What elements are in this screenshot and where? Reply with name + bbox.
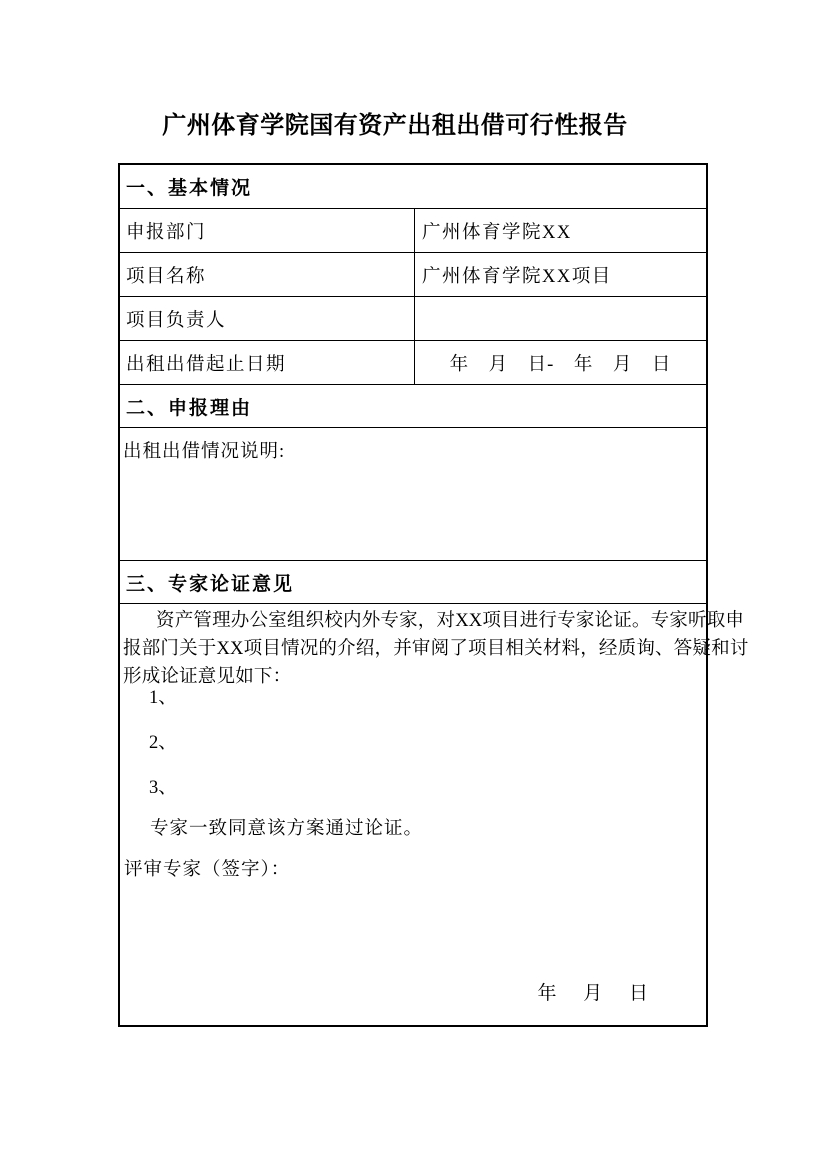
lease-period-label: 出租出借起止日期 — [120, 341, 415, 384]
document-title: 广州体育学院国有资产出租出借可行性报告 — [0, 105, 790, 140]
expert-paragraph-line-1: 资产管理办公室组织校内外专家，对XX项目进行专家论证。专家听取申 — [123, 607, 749, 635]
reason-cell: 出租出借情况说明: — [120, 428, 706, 561]
expert-list-item-2: 2、 — [149, 729, 177, 757]
table-row-department: 申报部门 广州体育学院XX — [120, 209, 706, 253]
section-expert-heading: 三、专家论证意见 — [120, 561, 706, 604]
expert-paragraph-line-2: 报部门关于XX项目情况的介绍，并审阅了项目相关材料，经质询、答疑和讨 — [123, 635, 749, 663]
department-label: 申报部门 — [120, 209, 415, 252]
table-row-project-name: 项目名称 广州体育学院XX项目 — [120, 253, 706, 297]
table-row-lease-period: 出租出借起止日期 年 月 日- 年 月 日 — [120, 341, 706, 385]
document-page: 广州体育学院国有资产出租出借可行性报告 一、基本情况 申报部门 广州体育学院XX… — [0, 0, 827, 1169]
expert-list-item-1: 1、 — [149, 684, 177, 712]
lease-description-label: 出租出借情况说明: — [123, 437, 285, 463]
section-basic-heading: 一、基本情况 — [120, 165, 706, 209]
expert-conclusion: 专家一致同意该方案通过论证。 — [150, 814, 423, 840]
project-name-label: 项目名称 — [120, 253, 415, 296]
lease-period-value: 年 月 日- 年 月 日 — [415, 341, 706, 384]
expert-paragraph: 资产管理办公室组织校内外专家，对XX项目进行专家论证。专家听取申 报部门关于XX… — [123, 607, 749, 691]
section-reason-heading: 二、申报理由 — [120, 385, 706, 428]
project-leader-value — [415, 297, 706, 340]
department-value: 广州体育学院XX — [415, 209, 706, 252]
project-name-value: 广州体育学院XX项目 — [415, 253, 706, 296]
table-row-project-leader: 项目负责人 — [120, 297, 706, 341]
reviewer-signature-label: 评审专家（签字）： — [124, 855, 290, 881]
report-table: 一、基本情况 申报部门 广州体育学院XX 项目名称 广州体育学院XX项目 项目负… — [118, 163, 708, 1027]
expert-paragraph-line-3: 形成论证意见如下： — [123, 663, 749, 691]
expert-list-item-3: 3、 — [149, 774, 177, 802]
expert-date-line: 年 月 日 — [537, 978, 649, 1005]
project-leader-label: 项目负责人 — [120, 297, 415, 340]
expert-opinion-cell: 资产管理办公室组织校内外专家，对XX项目进行专家论证。专家听取申 报部门关于XX… — [120, 604, 706, 1025]
